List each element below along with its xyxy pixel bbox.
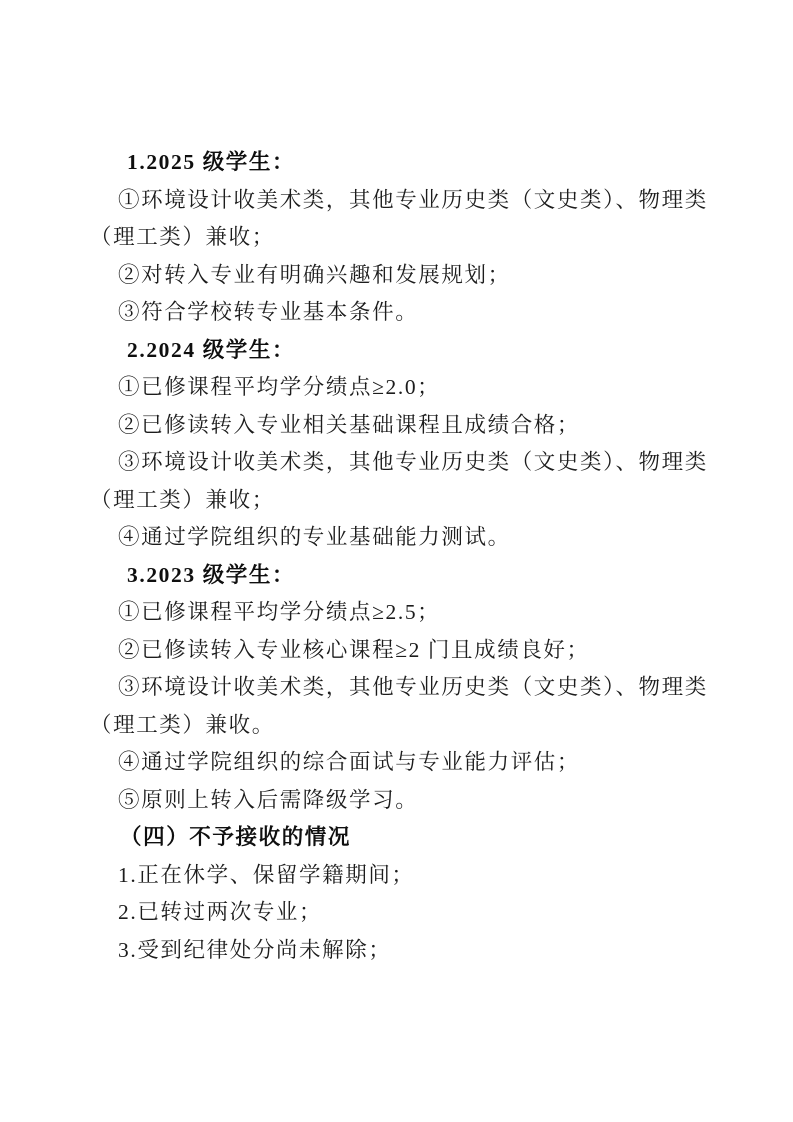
- heading-grade-2023: 3.2023 级学生：: [90, 557, 703, 595]
- doc-line: 2.已转过两次专业；: [90, 894, 703, 932]
- doc-line: ⑤原则上转入后需降级学习。: [90, 782, 703, 820]
- doc-line: （理工类）兼收；: [90, 219, 703, 257]
- doc-line: ①已修课程平均学分绩点≥2.0；: [90, 369, 703, 407]
- heading-grade-2025: 1.2025 级学生：: [90, 144, 703, 182]
- doc-line: ②已修读转入专业核心课程≥2 门且成绩良好；: [90, 632, 703, 670]
- doc-line: ③环境设计收美术类，其他专业历史类（文史类）、物理类: [90, 669, 703, 707]
- doc-line: （理工类）兼收；: [90, 482, 703, 520]
- doc-line: ③环境设计收美术类，其他专业历史类（文史类）、物理类: [90, 444, 703, 482]
- document-content: 1.2025 级学生： ①环境设计收美术类，其他专业历史类（文史类）、物理类 （…: [90, 144, 703, 969]
- doc-line: ①环境设计收美术类，其他专业历史类（文史类）、物理类: [90, 182, 703, 220]
- doc-line: ①已修课程平均学分绩点≥2.5；: [90, 594, 703, 632]
- doc-line: ③符合学校转专业基本条件。: [90, 294, 703, 332]
- document-page: 1.2025 级学生： ①环境设计收美术类，其他专业历史类（文史类）、物理类 （…: [0, 0, 793, 1122]
- doc-line: ②对转入专业有明确兴趣和发展规划；: [90, 257, 703, 295]
- doc-line: （理工类）兼收。: [90, 707, 703, 745]
- heading-grade-2024: 2.2024 级学生：: [90, 332, 703, 370]
- doc-line: 3.受到纪律处分尚未解除；: [90, 932, 703, 970]
- doc-line: ②已修读转入专业相关基础课程且成绩合格；: [90, 407, 703, 445]
- doc-line: ④通过学院组织的专业基础能力测试。: [90, 519, 703, 557]
- doc-line: ④通过学院组织的综合面试与专业能力评估；: [90, 744, 703, 782]
- doc-line: 1.正在休学、保留学籍期间；: [90, 857, 703, 895]
- heading-rejection: （四）不予接收的情况: [90, 819, 703, 857]
